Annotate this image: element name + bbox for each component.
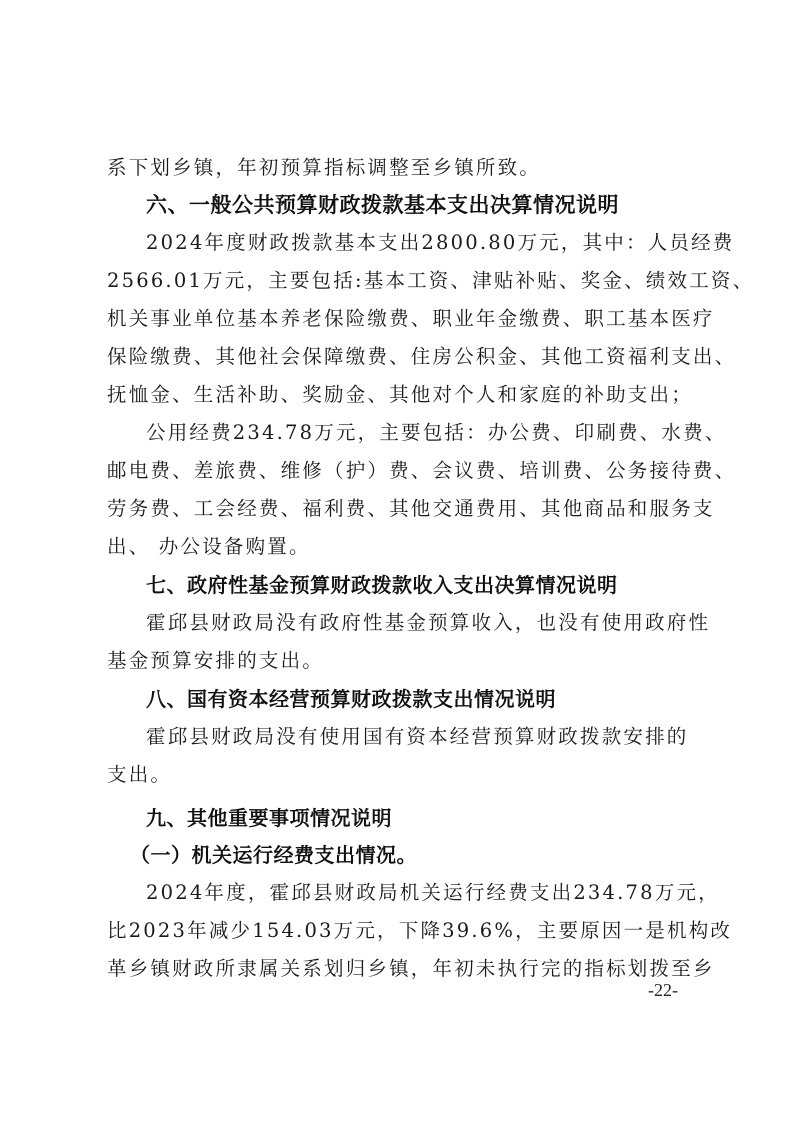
document-page: 系下划乡镇，年初预算指标调整至乡镇所致。 六、一般公共预算财政拨款基本支出决算情…: [0, 0, 793, 1122]
paragraph-line: 霍邱县财政局没有政府性基金预算收入，也没有使用政府性: [146, 611, 736, 635]
paragraph-line: 劳务费、工会经费、福利费、其他交通费用、其他商品和服务支: [107, 497, 693, 521]
paragraph-line: 出、 办公设备购置。: [107, 535, 697, 559]
paragraph-line: 革乡镇财政所隶属关系划归乡镇，年初未执行完的指标划拨至乡: [107, 957, 693, 981]
section-heading-6: 六、一般公共预算财政拨款基本支出决算情况说明: [146, 193, 736, 217]
subsection-heading-1: （一）机关运行经费支出情况。: [130, 843, 720, 867]
paragraph-line: 抚恤金、生活补助、奖励金、其他对个人和家庭的补助支出；: [107, 383, 697, 407]
section-heading-9: 九、其他重要事项情况说明: [146, 806, 736, 830]
section-heading-8: 八、国有资本经营预算财政拨款支出情况说明: [146, 687, 736, 711]
paragraph-line: 2024年度财政拨款基本支出2800.80万元，其中：人员经费: [146, 231, 736, 255]
paragraph-line: 2566.01万元，主要包括:基本工资、津贴补贴、奖金、绩效工资、: [107, 269, 693, 293]
page-number: -22-: [648, 980, 678, 1001]
paragraph-line: 基金预算安排的支出。: [107, 649, 697, 673]
paragraph-line: 2024年度，霍邱县财政局机关运行经费支出234.78万元，: [146, 881, 736, 905]
section-heading-7: 七、政府性基金预算财政拨款收入支出决算情况说明: [146, 573, 736, 597]
paragraph-line: 保险缴费、其他社会保障缴费、住房公积金、其他工资福利支出、: [107, 345, 693, 369]
paragraph-line: 系下划乡镇，年初预算指标调整至乡镇所致。: [107, 156, 697, 180]
paragraph-line: 霍邱县财政局没有使用国有资本经营预算财政拨款安排的: [146, 725, 736, 749]
paragraph-line: 公用经费234.78万元，主要包括：办公费、印刷费、水费、: [146, 421, 736, 445]
paragraph-line: 机关事业单位基本养老保险缴费、职业年金缴费、职工基本医疗: [107, 307, 693, 331]
paragraph-line: 邮电费、差旅费、维修（护）费、会议费、培训费、公务接待费、: [107, 459, 693, 483]
paragraph-line: 比2023年减少154.03万元，下降39.6%，主要原因一是机构改: [107, 919, 693, 943]
paragraph-line: 支出。: [107, 763, 697, 787]
